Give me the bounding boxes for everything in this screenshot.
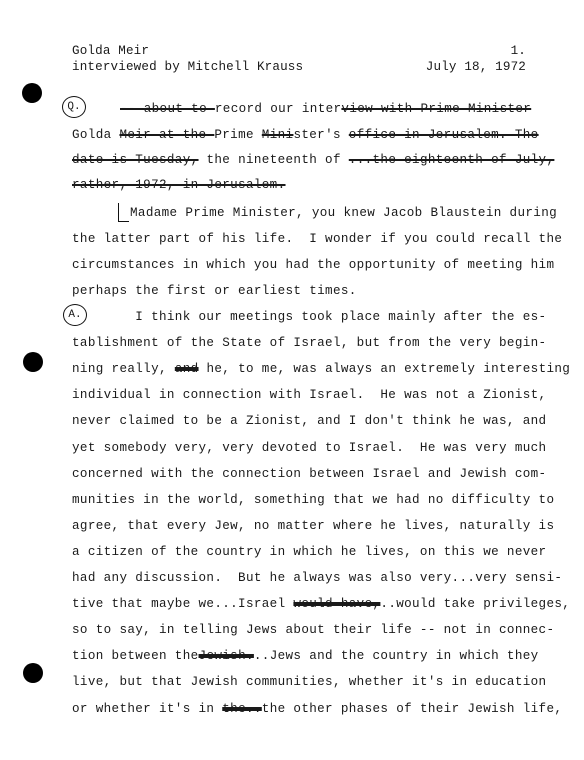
text-line: rather, 1972, in Jerusalem. [72,177,286,193]
text-line: tive that maybe we...Israel would have,.… [72,596,570,612]
struck-text: ...the eighteenth of July, [349,153,555,167]
text-segment: tablishment of the State of Israel, but … [72,336,546,350]
text-line: I think our meetings took place mainly a… [72,309,546,325]
text-line: perhaps the first or earliest times. [72,283,357,299]
punch-hole-icon [23,352,43,372]
crossed-out-word: Jewish. [199,649,254,663]
text-segment: ..Jews and the country in which they [254,649,539,663]
text-line: or whether it's in the..the other phases… [72,701,562,717]
text-segment: never claimed to be a Zionist, and I don… [72,414,546,428]
text-segment: the nineteenth of [199,153,349,167]
text-segment: he, to me, was always an extremely inter… [199,362,571,376]
question-marker: Q. [62,96,86,118]
text-segment: I think our meetings took place mainly a… [72,310,546,324]
text-segment: Prime [214,128,261,142]
text-segment: the other phases of their Jewish life, [262,702,562,716]
text-line: circumstances in which you had the oppor… [72,257,554,273]
text-segment: or whether it's in [72,702,222,716]
text-segment: agree, that every Jew, no matter where h… [72,519,554,533]
transcript-page: Golda Meir interviewed by Mitchell Kraus… [0,0,584,760]
struck-text: -- about to [120,102,215,116]
text-line: -- about to record our interview with Pr… [120,101,531,117]
interviewer-line: interviewed by Mitchell Krauss [72,60,303,74]
text-segment: had any discussion. But he always was al… [72,571,562,585]
text-line: tion between theJewish...Jews and the co… [72,648,539,664]
text-segment: tion between the [72,649,199,663]
text-segment: a citizen of the country in which he liv… [72,545,546,559]
text-segment: ning really, [72,362,175,376]
crossed-out-word: and [175,362,199,376]
text-segment: tive that maybe we...Israel [72,597,293,611]
text-segment: live, but that Jewish communities, wheth… [72,675,546,689]
text-segment: yet somebody very, very devoted to Israe… [72,441,546,455]
interviewee-name: Golda Meir [72,44,149,58]
text-line: munities in the world, something that we… [72,492,554,508]
text-segment: inter [302,102,342,116]
text-line: a citizen of the country in which he liv… [72,544,546,560]
struck-text: date is Tuesday, [72,153,199,167]
text-segment: ster's [293,128,348,142]
text-line: tablishment of the State of Israel, but … [72,335,546,351]
text-line: so to say, in telling Jews about their l… [72,622,554,638]
text-segment: munities in the world, something that we… [72,493,554,507]
text-line: the latter part of his life. I wonder if… [72,231,562,247]
struck-text: Meir at the [119,128,214,142]
text-line: live, but that Jewish communities, wheth… [72,674,546,690]
text-line: individual in connection with Israel. He… [72,387,546,403]
punch-hole-icon [22,83,42,103]
text-line: agree, that every Jew, no matter where h… [72,518,554,534]
struck-text: Mini [262,128,294,142]
struck-text: view with Prime Minister [341,102,531,116]
interview-date: July 18, 1972 [426,60,526,74]
crossed-out-word: would have, [293,597,380,611]
text-segment: Golda [72,128,119,142]
text-line: Golda Meir at the Prime Minister's offic… [72,127,539,143]
text-line: had any discussion. But he always was al… [72,570,562,586]
text-segment: concerned with the connection between Is… [72,467,546,481]
text-segment: ..would take privileges, [380,597,570,611]
text-line: concerned with the connection between Is… [72,466,546,482]
text-segment: record our [215,102,302,116]
punch-hole-icon [23,663,43,683]
text-line: never claimed to be a Zionist, and I don… [72,413,546,429]
text-line: Madame Prime Minister, you knew Jacob Bl… [130,205,557,221]
text-line: date is Tuesday, the nineteenth of ...th… [72,152,554,168]
text-segment: individual in connection with Israel. He… [72,388,546,402]
struck-text: rather, 1972, in Jerusalem. [72,178,286,192]
crossed-out-word: the.. [222,702,262,716]
text-line: ning really, and he, to me, was always a… [72,361,570,377]
paragraph-bracket-mark [118,203,129,222]
text-line: yet somebody very, very devoted to Israe… [72,440,546,456]
text-segment: so to say, in telling Jews about their l… [72,623,554,637]
page-number: 1. [511,44,526,58]
struck-text: office in Jerusalem. The [349,128,539,142]
